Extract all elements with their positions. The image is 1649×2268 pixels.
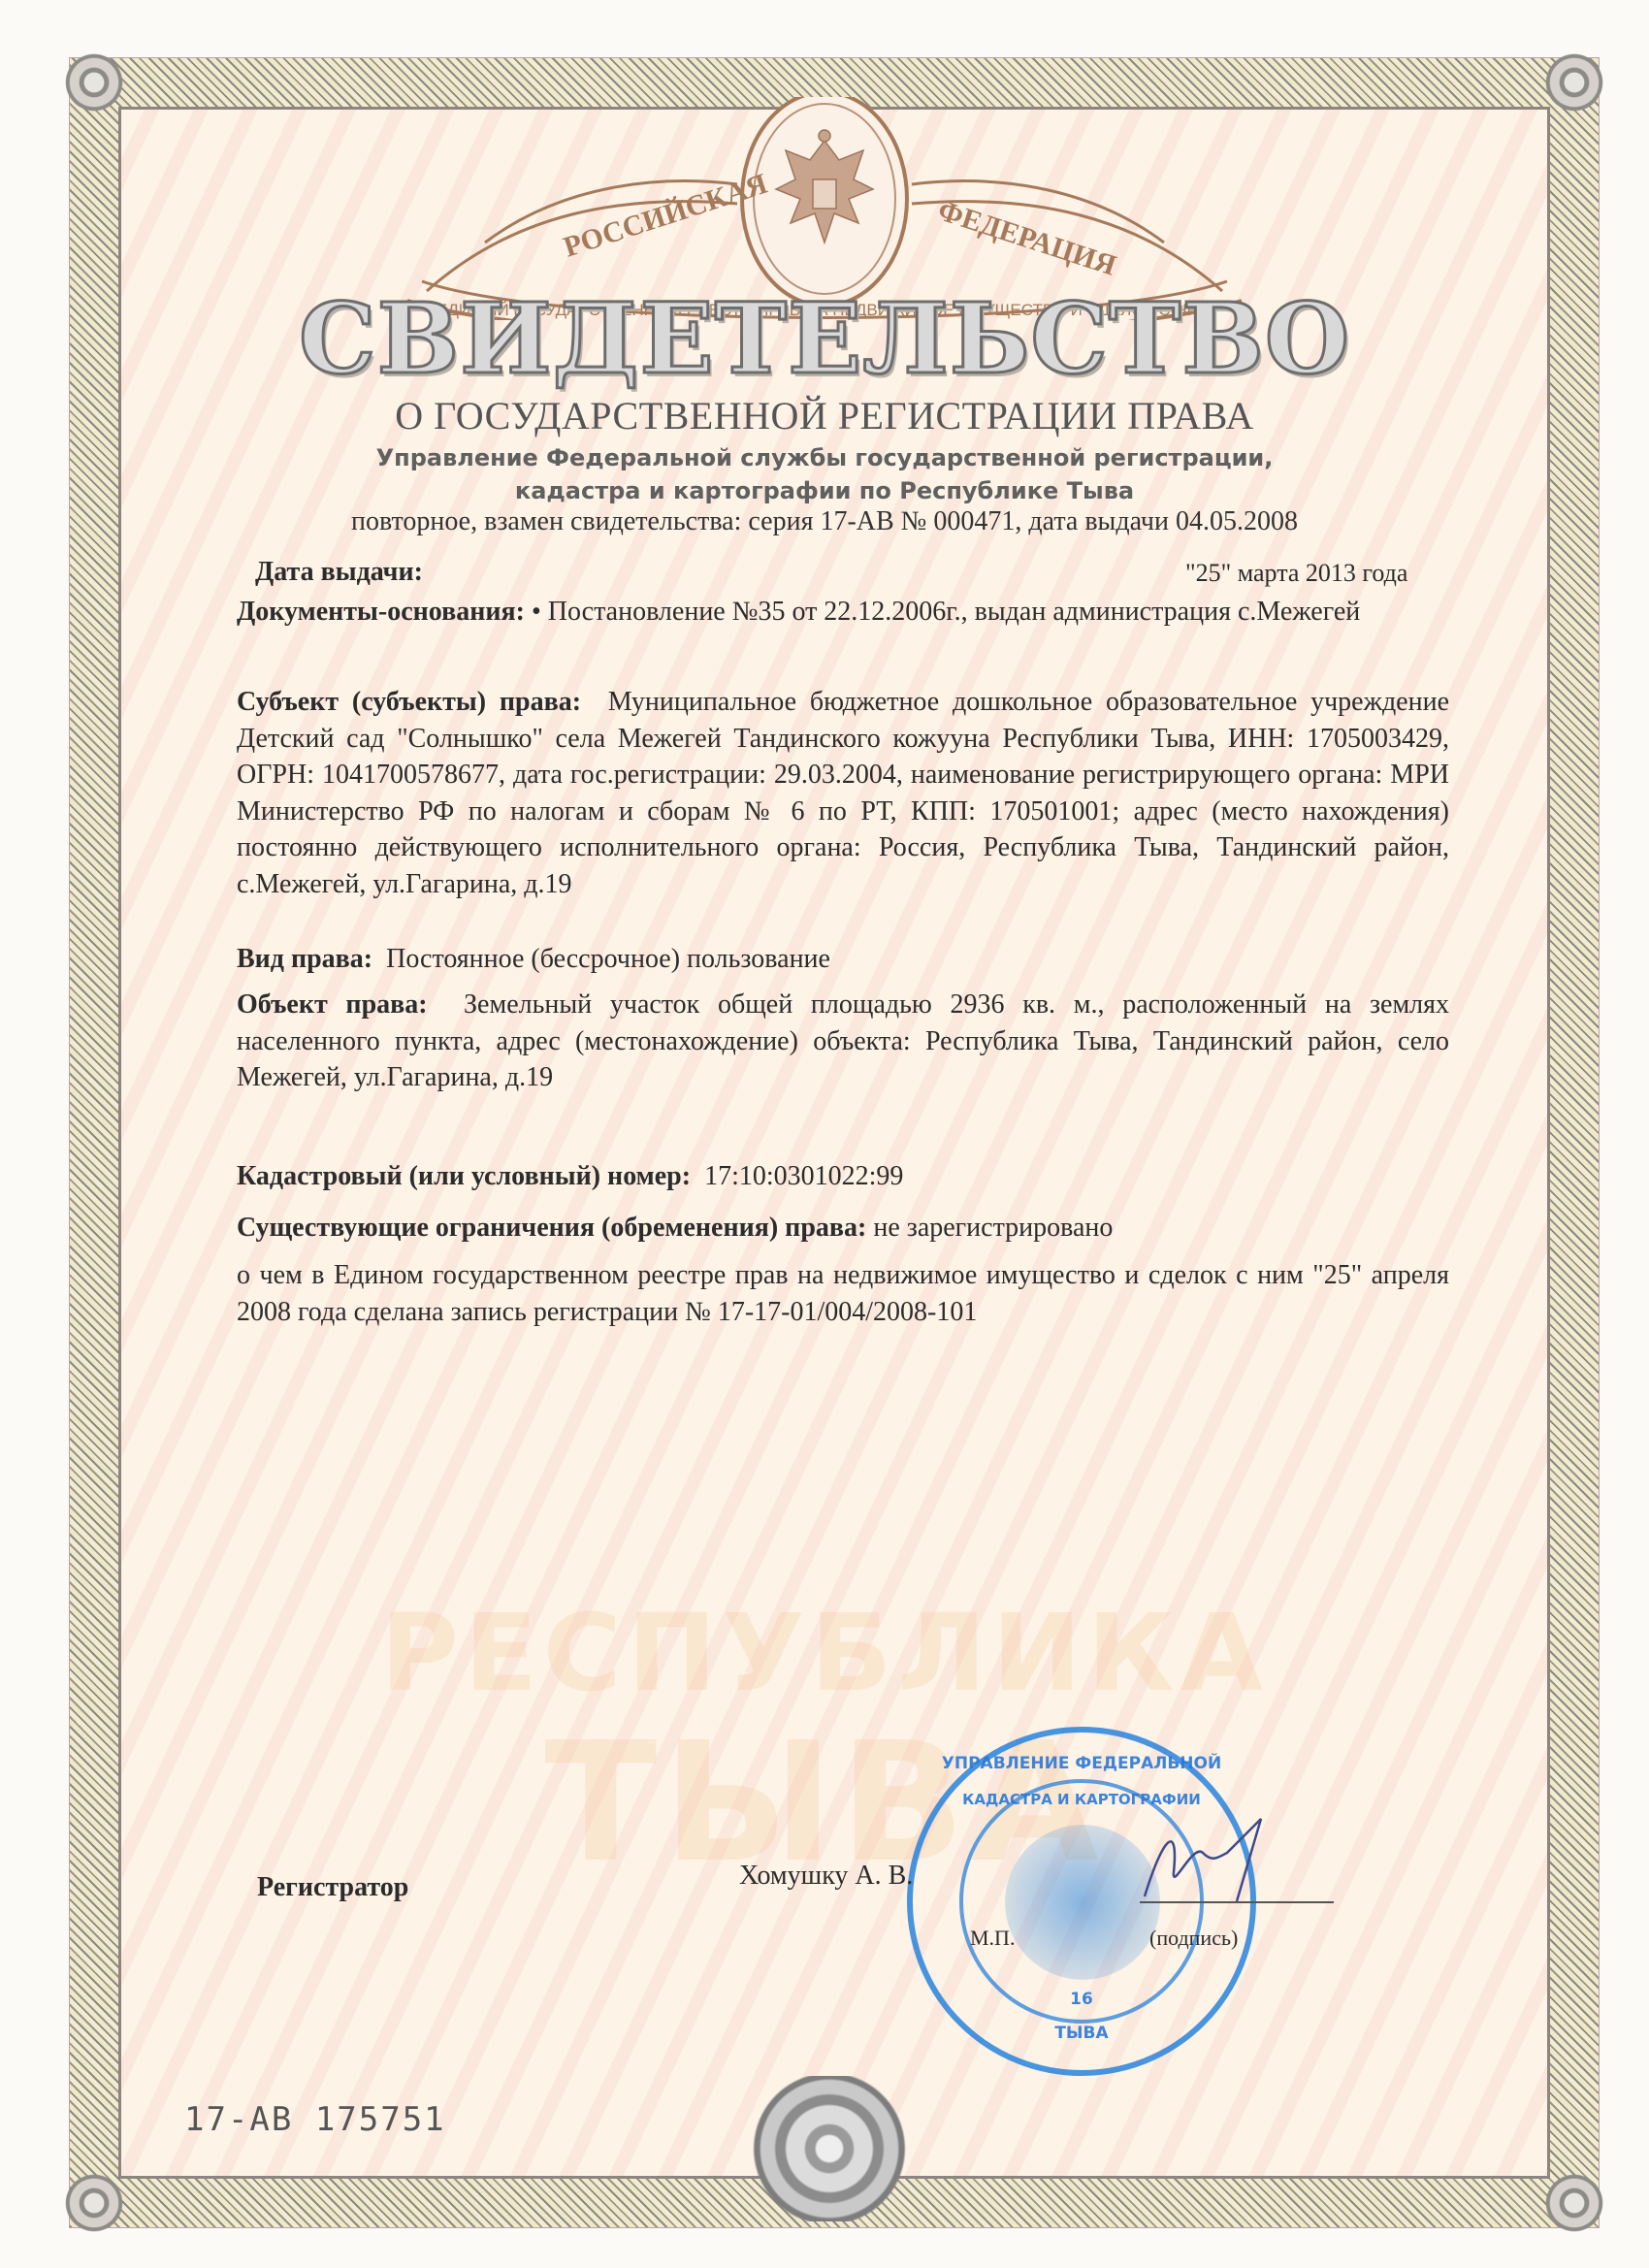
registry-note: о чем в Едином государственном реестре п…: [237, 1257, 1449, 1330]
field-right-type: Вид права: Постоянное (бессрочное) польз…: [237, 941, 1449, 978]
registrar-role: Регистратор: [257, 1872, 408, 1903]
reissue-note: повторное, взамен свидетельства: серия 1…: [0, 506, 1649, 537]
field-encumbrances: Существующие ограничения (обременения) п…: [237, 1210, 1449, 1247]
field-label: Существующие ограничения (обременения) п…: [237, 1213, 866, 1243]
form-serial-number: 17-АВ 175751: [184, 2100, 446, 2139]
stamp-inner-text: КАДАСТРА И КАРТОГРАФИИ: [913, 1791, 1250, 1808]
issue-date-label: Дата выдачи:: [255, 557, 423, 588]
watermark-republic: РЕСПУБЛИКА: [0, 1591, 1649, 1715]
stamp-number: 16: [913, 1990, 1250, 2009]
field-cadastral-number: Кадастровый (или условный) номер: 17:10:…: [237, 1158, 1449, 1195]
registrar-name: Хомушку А. В.: [739, 1861, 913, 1892]
agency-line-2: кадастра и картографии по Республике Тыв…: [0, 477, 1649, 504]
field-subject: Субъект (субъекты) права: Муниципальное …: [237, 684, 1449, 902]
field-label: Документы-основания:: [237, 597, 525, 627]
field-value: Муниципальное бюджетное дошкольное образ…: [237, 687, 1449, 899]
stamp-outer-text: УПРАВЛЕНИЕ ФЕДЕРАЛЬНОЙ: [913, 1754, 1250, 1773]
bottom-medallion-icon: [752, 2076, 907, 2221]
corner-rosette-icon: [1540, 2169, 1608, 2237]
field-value: Постоянное (бессрочное) пользование: [386, 944, 830, 974]
field-label: Объект права:: [237, 989, 428, 1020]
document-title: СВИДЕТЕЛЬСТВО: [0, 281, 1649, 396]
corner-rosette-icon: [60, 2169, 128, 2237]
field-label: Вид права:: [237, 944, 372, 974]
seal-place-label: М.П.: [970, 1926, 1015, 1951]
field-value: не зарегистрировано: [873, 1213, 1113, 1243]
field-object: Объект права: Земельный участок общей пл…: [237, 987, 1449, 1096]
agency-line-1: Управление Федеральной службы государств…: [0, 444, 1649, 471]
field-value: 17:10:0301022:99: [704, 1161, 903, 1191]
field-label: Субъект (субъекты) права:: [237, 687, 581, 717]
field-value: • Постановление №35 от 22.12.2006г., выд…: [532, 597, 1360, 627]
corner-rosette-icon: [60, 49, 128, 116]
corner-rosette-icon: [1540, 49, 1608, 116]
stamp-bottom-text: ТЫВА: [913, 2024, 1250, 2043]
handwritten-signature-icon: [1135, 1814, 1290, 1911]
document-subtitle: О ГОСУДАРСТВЕННОЙ РЕГИСТРАЦИИ ПРАВА: [0, 393, 1649, 438]
banner-right-text: ФЕДЕРАЦИЯ: [934, 194, 1120, 281]
signature-caption: (подпись): [1149, 1926, 1238, 1951]
issue-date-value: "25" марта 2013 года: [1185, 559, 1407, 588]
field-label: Кадастровый (или условный) номер:: [237, 1161, 691, 1191]
field-basis-documents: Документы-основания: • Постановление №35…: [237, 594, 1449, 631]
